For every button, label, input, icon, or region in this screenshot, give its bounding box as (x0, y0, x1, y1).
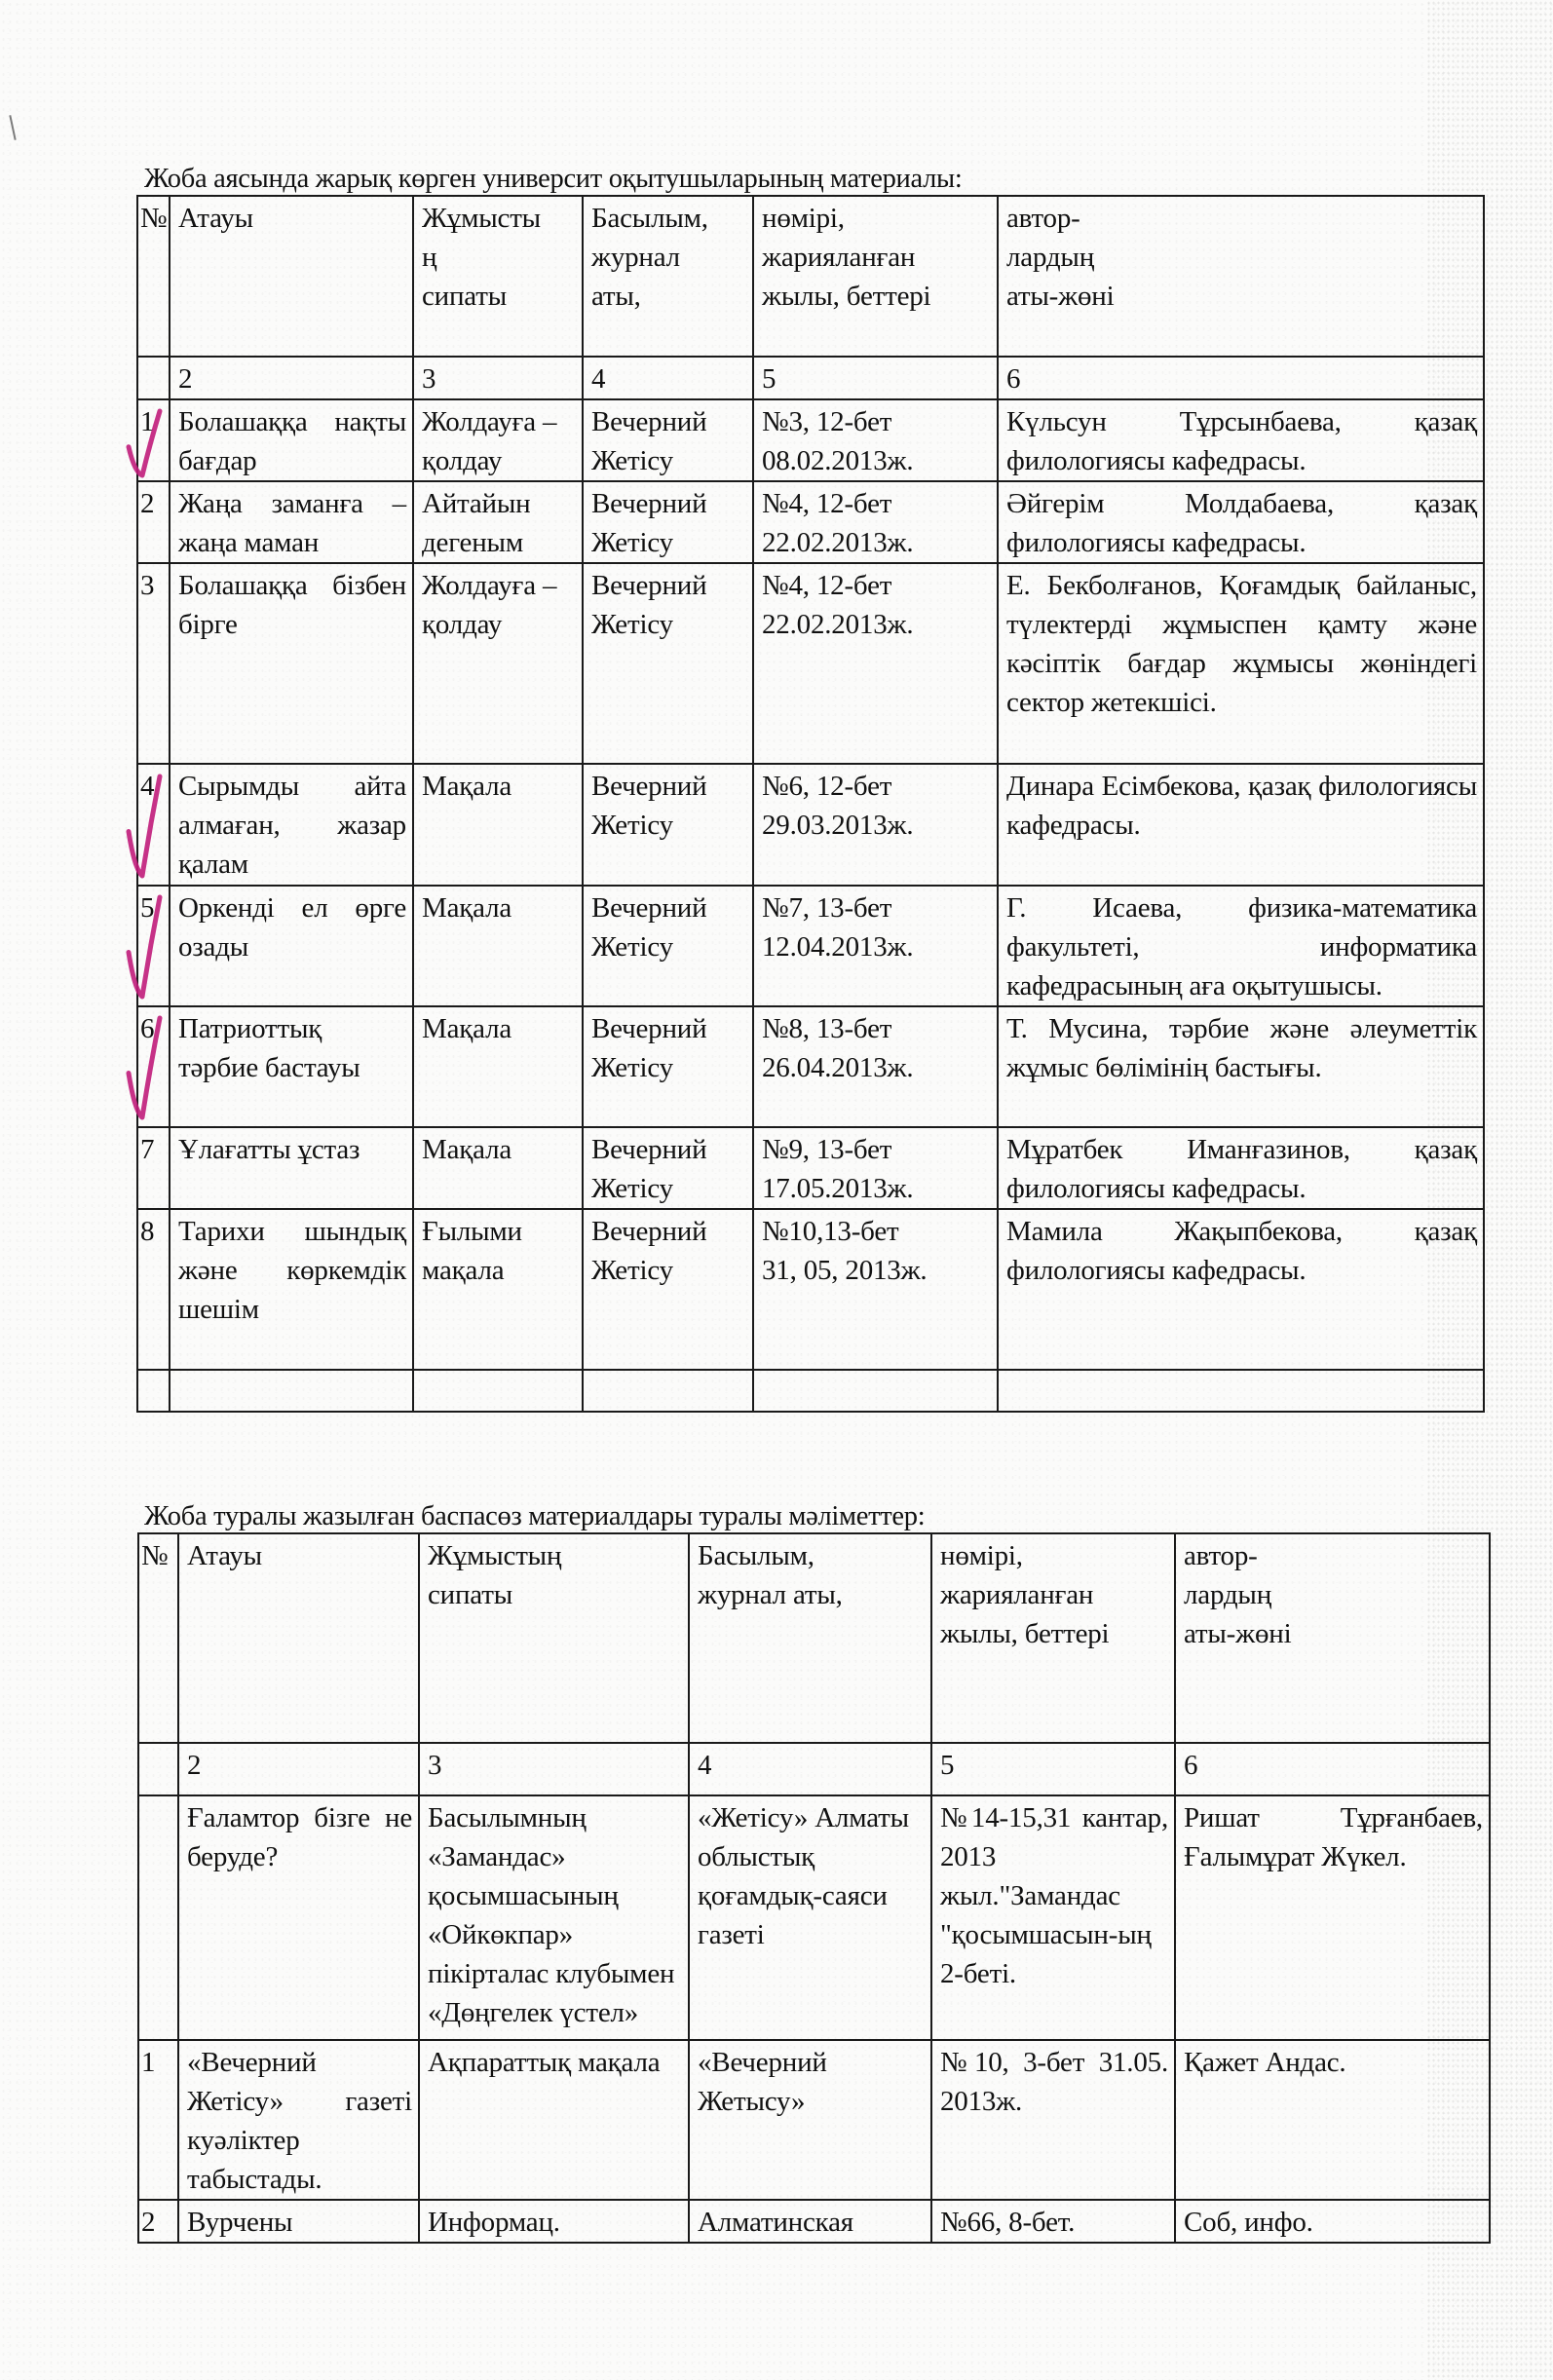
cell-number: 4 (137, 764, 170, 886)
cell-issue: №10, 3-бет 31.05. 2013ж. (931, 2040, 1175, 2200)
table-header-row: №АтауыЖұмысты ң сипатыБасылым, журнал ат… (137, 196, 1484, 357)
cell-publication (583, 1370, 753, 1412)
cell-publication: Вечерний Жетісу (583, 1127, 753, 1209)
cell-issue: №7, 13-бет 12.04.2013ж. (753, 886, 998, 1006)
table-row: 7Ұлағатты ұстазМақалаВечерний Жетісу№9, … (137, 1127, 1484, 1209)
column-number: 4 (689, 1743, 931, 1795)
column-header: Жұмысты ң сипаты (413, 196, 583, 357)
cell-authors: Әйгерім Молдабаева, қазақ филологиясы ка… (998, 481, 1484, 563)
column-header: Басылым, журнал аты, (689, 1533, 931, 1743)
cell-authors: Е. Бекболғанов, Қоғамдық байланыс, түлек… (998, 563, 1484, 764)
table-row: 2Жаңа заманға – жаңа маманАйтайын дегены… (137, 481, 1484, 563)
column-number: 3 (419, 1743, 689, 1795)
cell-type: Жолдауға – қолдау (413, 563, 583, 764)
column-header: Басылым, журнал аты, (583, 196, 753, 357)
cell-publication: Алматинская (689, 2200, 931, 2243)
cell-publication: Вечерний Жетісу (583, 563, 753, 764)
column-number-row: 23456 (138, 1743, 1490, 1795)
table-row: 6Патриоттық тәрбие бастауыМақалаВечерний… (137, 1006, 1484, 1127)
cell-issue: №10,13-бет 31, 05, 2013ж. (753, 1209, 998, 1370)
cell-issue: №66, 8-бет. (931, 2200, 1175, 2243)
cell-title: Ұлағатты ұстаз (170, 1127, 413, 1209)
cell-publication: «Жетісу» Алматы облыстық қоғамдық-саяси … (689, 1795, 931, 2040)
cell-authors (998, 1370, 1484, 1412)
cell-number: 2 (138, 2200, 178, 2243)
cell-issue: №8, 13-бет 26.04.2013ж. (753, 1006, 998, 1127)
column-header: автор- лардың аты-жөні (1175, 1533, 1490, 1743)
column-header: автор- лардың аты-жөні (998, 196, 1484, 357)
cell-type: Информац. (419, 2200, 689, 2243)
cell-authors: Мамила Жақыпбекова, қазақ филологиясы ка… (998, 1209, 1484, 1370)
cell-issue: №6, 12-бет 29.03.2013ж. (753, 764, 998, 886)
table-header-row: №АтауыЖұмыстың сипатыБасылым, журнал аты… (138, 1533, 1490, 1743)
column-number: 6 (998, 357, 1484, 399)
cell-title: Ғаламтор бізге не беруде? (178, 1795, 419, 2040)
cell-title: Болашаққа бізбен бірге (170, 563, 413, 764)
cell-authors: Г. Исаева, физика-математика факультеті,… (998, 886, 1484, 1006)
cell-publication: Вечерний Жетісу (583, 1006, 753, 1127)
cell-issue: №9, 13-бет 17.05.2013ж. (753, 1127, 998, 1209)
column-header: нөмірі, жарияланған жылы, беттері (753, 196, 998, 357)
column-number: 2 (170, 357, 413, 399)
cell-authors: Т. Мусина, тәрбие және әлеуметтік жұмыс … (998, 1006, 1484, 1127)
cell-publication: Вечерний Жетісу (583, 764, 753, 886)
cell-number (138, 1795, 178, 2040)
cell-authors: Күльсун Тұрсынбаева, қазақ филологиясы к… (998, 399, 1484, 481)
cell-publication: Вечерний Жетісу (583, 481, 753, 563)
cell-number: 7 (137, 1127, 170, 1209)
cell-title (170, 1370, 413, 1412)
cell-publication: Вечерний Жетісу (583, 399, 753, 481)
cell-title: Оркенді ел өрге озады (170, 886, 413, 1006)
column-number: 5 (753, 357, 998, 399)
cell-type: Жолдауға – қолдау (413, 399, 583, 481)
column-number: 3 (413, 357, 583, 399)
cell-authors: Мұратбек Иманғазинов, қазақ филологиясы … (998, 1127, 1484, 1209)
cell-issue (753, 1370, 998, 1412)
press-materials-table: №АтауыЖұмыстың сипатыБасылым, журнал аты… (137, 1532, 1491, 2244)
cell-authors: Динара Есімбекова, қазақ филологиясы каф… (998, 764, 1484, 886)
cell-issue: №4, 12-бет 22.02.2013ж. (753, 563, 998, 764)
column-number: 5 (931, 1743, 1175, 1795)
column-number: 2 (178, 1743, 419, 1795)
table-row (137, 1370, 1484, 1412)
cell-number: 8 (137, 1209, 170, 1370)
column-header: Атауы (170, 196, 413, 357)
column-number: 6 (1175, 1743, 1490, 1795)
cell-publication: Вечерний Жетісу (583, 886, 753, 1006)
cell-type: Ақпараттық мақала (419, 2040, 689, 2200)
column-header: № (137, 196, 170, 357)
cell-type: Басылымның «Замандас» қосымшасының «Ойкө… (419, 1795, 689, 2040)
cell-issue: №3, 12-бет 08.02.2013ж. (753, 399, 998, 481)
column-number: 4 (583, 357, 753, 399)
cell-publication: «Вечерний Жетысу» (689, 2040, 931, 2200)
cell-number: 1 (137, 399, 170, 481)
scan-artifact (9, 115, 16, 140)
table-row: 4Сырымды айта алмаған, жазар қаламМақала… (137, 764, 1484, 886)
cell-publication: Вечерний Жетісу (583, 1209, 753, 1370)
cell-title: Вурчены (178, 2200, 419, 2243)
column-header: Жұмыстың сипаты (419, 1533, 689, 1743)
table-row: 5Оркенді ел өрге озадыМақалаВечерний Жет… (137, 886, 1484, 1006)
cell-type: Мақала (413, 1127, 583, 1209)
cell-number (137, 1370, 170, 1412)
table-row: 1«Вечерний Жетісу» газеті куәліктер табы… (138, 2040, 1490, 2200)
column-number (137, 357, 170, 399)
cell-issue: №14-15,31 кантар, 2013 жыл."Замандас "қо… (931, 1795, 1175, 2040)
column-header: № (138, 1533, 178, 1743)
table1-caption: Жоба аясында жарық көрген университ оқыт… (144, 164, 962, 195)
column-number (138, 1743, 178, 1795)
cell-title: Сырымды айта алмаған, жазар қалам (170, 764, 413, 886)
cell-type: Мақала (413, 1006, 583, 1127)
cell-title: Болашаққа нақты бағдар (170, 399, 413, 481)
table-row: 1Болашаққа нақты бағдарЖолдауға – қолдау… (137, 399, 1484, 481)
table-row: Ғаламтор бізге не беруде?Басылымның «Зам… (138, 1795, 1490, 2040)
cell-authors: Қажет Андас. (1175, 2040, 1490, 2200)
cell-number: 5 (137, 886, 170, 1006)
cell-authors: Ришат Тұрғанбаев, Ғалымұрат Жүкел. (1175, 1795, 1490, 2040)
table-row: 2ВурченыИнформац.Алматинская№66, 8-бет.С… (138, 2200, 1490, 2243)
table-row: 8Тарихи шындық және көркемдік шешімҒылым… (137, 1209, 1484, 1370)
cell-type: Мақала (413, 886, 583, 1006)
column-header: нөмірі, жарияланған жылы, беттері (931, 1533, 1175, 1743)
cell-number: 1 (138, 2040, 178, 2200)
cell-type: Ғылыми мақала (413, 1209, 583, 1370)
table2-caption: Жоба туралы жазылған баспасөз материалда… (144, 1501, 925, 1532)
cell-type: Айтайын дегеным (413, 481, 583, 563)
cell-title: Жаңа заманға – жаңа маман (170, 481, 413, 563)
cell-number: 6 (137, 1006, 170, 1127)
cell-number: 2 (137, 481, 170, 563)
cell-type (413, 1370, 583, 1412)
cell-title: Патриоттық тәрбие бастауы (170, 1006, 413, 1127)
table-row: 3Болашаққа бізбен біргеЖолдауға – қолдау… (137, 563, 1484, 764)
column-header: Атауы (178, 1533, 419, 1743)
cell-type: Мақала (413, 764, 583, 886)
cell-title: Тарихи шындық және көркемдік шешім (170, 1209, 413, 1370)
cell-issue: №4, 12-бет 22.02.2013ж. (753, 481, 998, 563)
cell-number: 3 (137, 563, 170, 764)
teachers-materials-table: №АтауыЖұмысты ң сипатыБасылым, журнал ат… (136, 195, 1485, 1413)
cell-title: «Вечерний Жетісу» газеті куәліктер табыс… (178, 2040, 419, 2200)
column-number-row: 23456 (137, 357, 1484, 399)
cell-authors: Соб, инфо. (1175, 2200, 1490, 2243)
